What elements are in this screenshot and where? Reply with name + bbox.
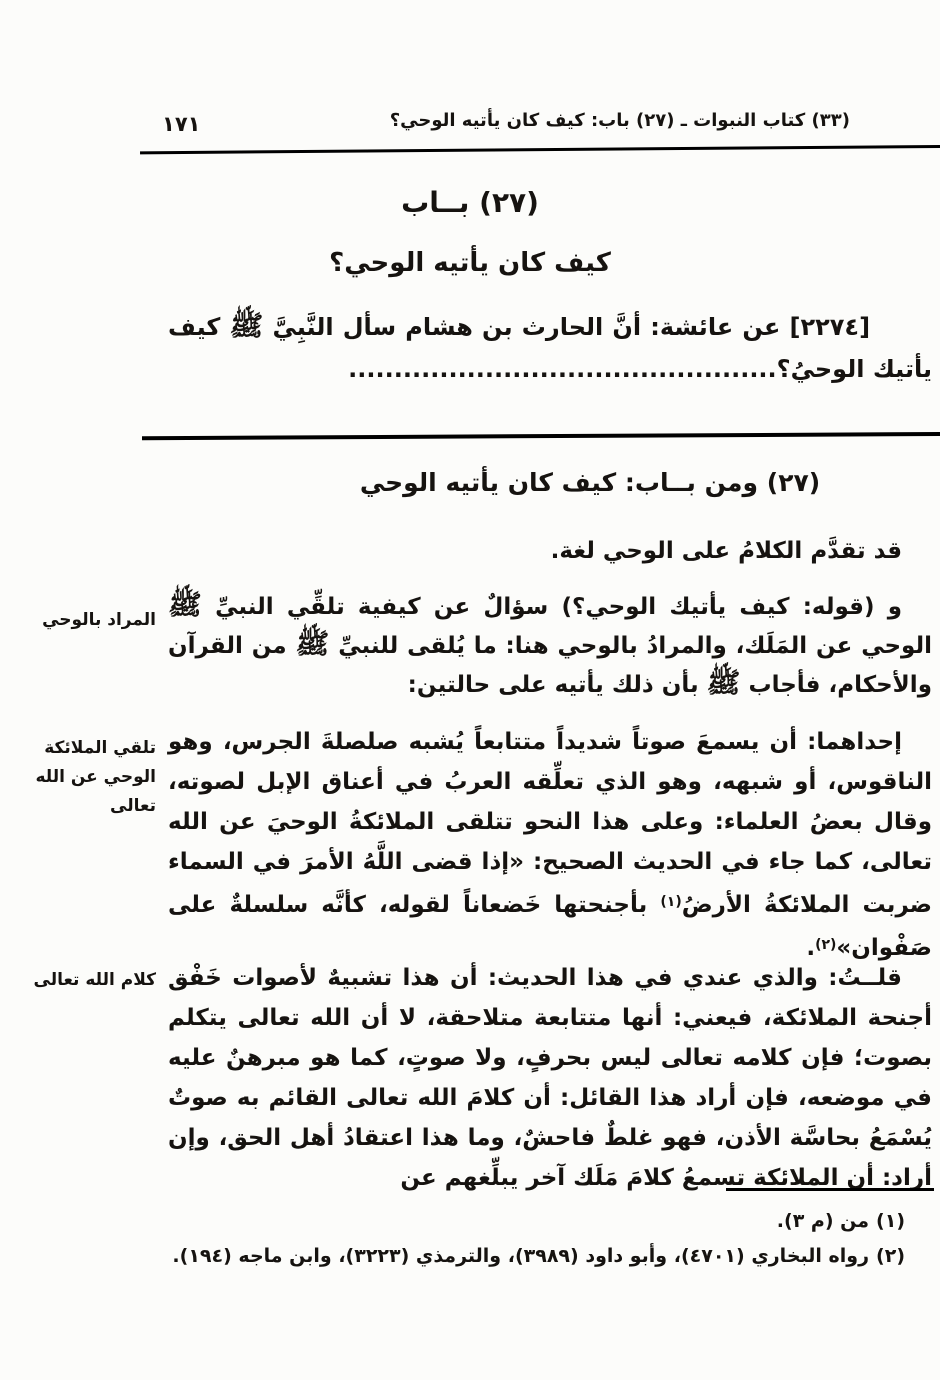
footnotes-block: (١)من (م ٣). (٢)رواه البخاري (٤٧٠١)، وأب… [168,1204,905,1274]
paragraph-first-mode: إحداهما: أن يسمعَ صوتاً شديداً متتابعاً … [168,722,932,968]
footnote-divider [726,1188,934,1191]
margin-note: المراد بالوحي [26,606,156,635]
margin-note: تلقي الملائكة الوحي عن الله تعالى [26,734,156,821]
margin-note: كلام الله تعالى [26,966,156,995]
hadith-text-part2: يأتيك الوحيُ؟ [777,355,932,383]
paragraph-author-comment: قلــتُ: والذي عندي في هذا الحديث: أن هذا… [168,958,932,1198]
chapter-bab-heading: (٢٧) بــاب [88,186,852,219]
page-number: ١٧١ [162,112,200,136]
hadith-text-part1: عن عائشة: أنَّ الحارث بن هشام سأل النَّب… [272,313,780,341]
pbuh-symbol: ﷺ [229,309,263,342]
header-rule [140,145,940,154]
chapter-title: كيف كان يأتيه الوحي؟ [88,248,852,278]
hadith-line-2: يأتيك الوحيُ؟...........................… [168,348,932,390]
commentary-section-heading: (٢٧) ومن بــاب: كيف كان يأتيه الوحي [170,468,940,497]
hadith-line-1: [٢٢٧٤] عن عائشة: أنَّ الحارث بن هشام سأل… [168,306,932,348]
footnote-item: (٢)رواه البخاري (٤٧٠١)، وأبو داود (٣٩٨٩)… [168,1239,905,1274]
paragraph-text: بأن ذلك يأتيه على حالتين: [408,672,699,698]
hadith-paragraph: [٢٢٧٤] عن عائشة: أنَّ الحارث بن هشام سأل… [168,306,932,390]
hadith-text-tail: كيف [168,313,220,341]
hadith-number: [٢٢٧٤] [790,313,871,341]
footnote-ref-1: (١) [660,894,681,910]
running-header-title: (٣٣) كتاب النبوات ـ (٢٧) باب: كيف كان يأ… [390,110,850,131]
paragraph-text: إحداهما: أن يسمعَ صوتاً شديداً متتابعاً … [168,729,932,918]
paragraph-text: الوحي عن المَلَك، والمرادُ بالوحي هنا: م… [338,633,932,659]
pbuh-symbol: ﷺ [707,666,741,699]
section-divider [142,432,940,440]
paragraph-text: و (قوله: كيف يأتيك الوحي؟) سؤالٌ عن كيفي… [215,594,902,620]
footnote-marker: (٢) [876,1245,905,1267]
pbuh-symbol: ﷺ [296,627,330,660]
dots-leader: ........................................… [348,355,777,383]
pbuh-symbol: ﷺ [168,588,202,621]
footnote-text: من (م ٣). [777,1210,869,1232]
footnote-item: (١)من (م ٣). [168,1204,905,1239]
book-page: (٣٣) كتاب النبوات ـ (٢٧) باب: كيف كان يأ… [0,0,940,1380]
footnote-text: رواه البخاري (٤٧٠١)، وأبو داود (٣٩٨٩)، و… [172,1245,869,1267]
commentary-intro: قد تقدَّم الكلامُ على الوحي لغة. [168,538,932,564]
footnote-marker: (١) [876,1210,905,1232]
footnote-ref-2: (٢) [815,937,836,953]
paragraph-wahy-meaning: و (قوله: كيف يأتيك الوحي؟) سؤالٌ عن كيفي… [168,588,932,705]
